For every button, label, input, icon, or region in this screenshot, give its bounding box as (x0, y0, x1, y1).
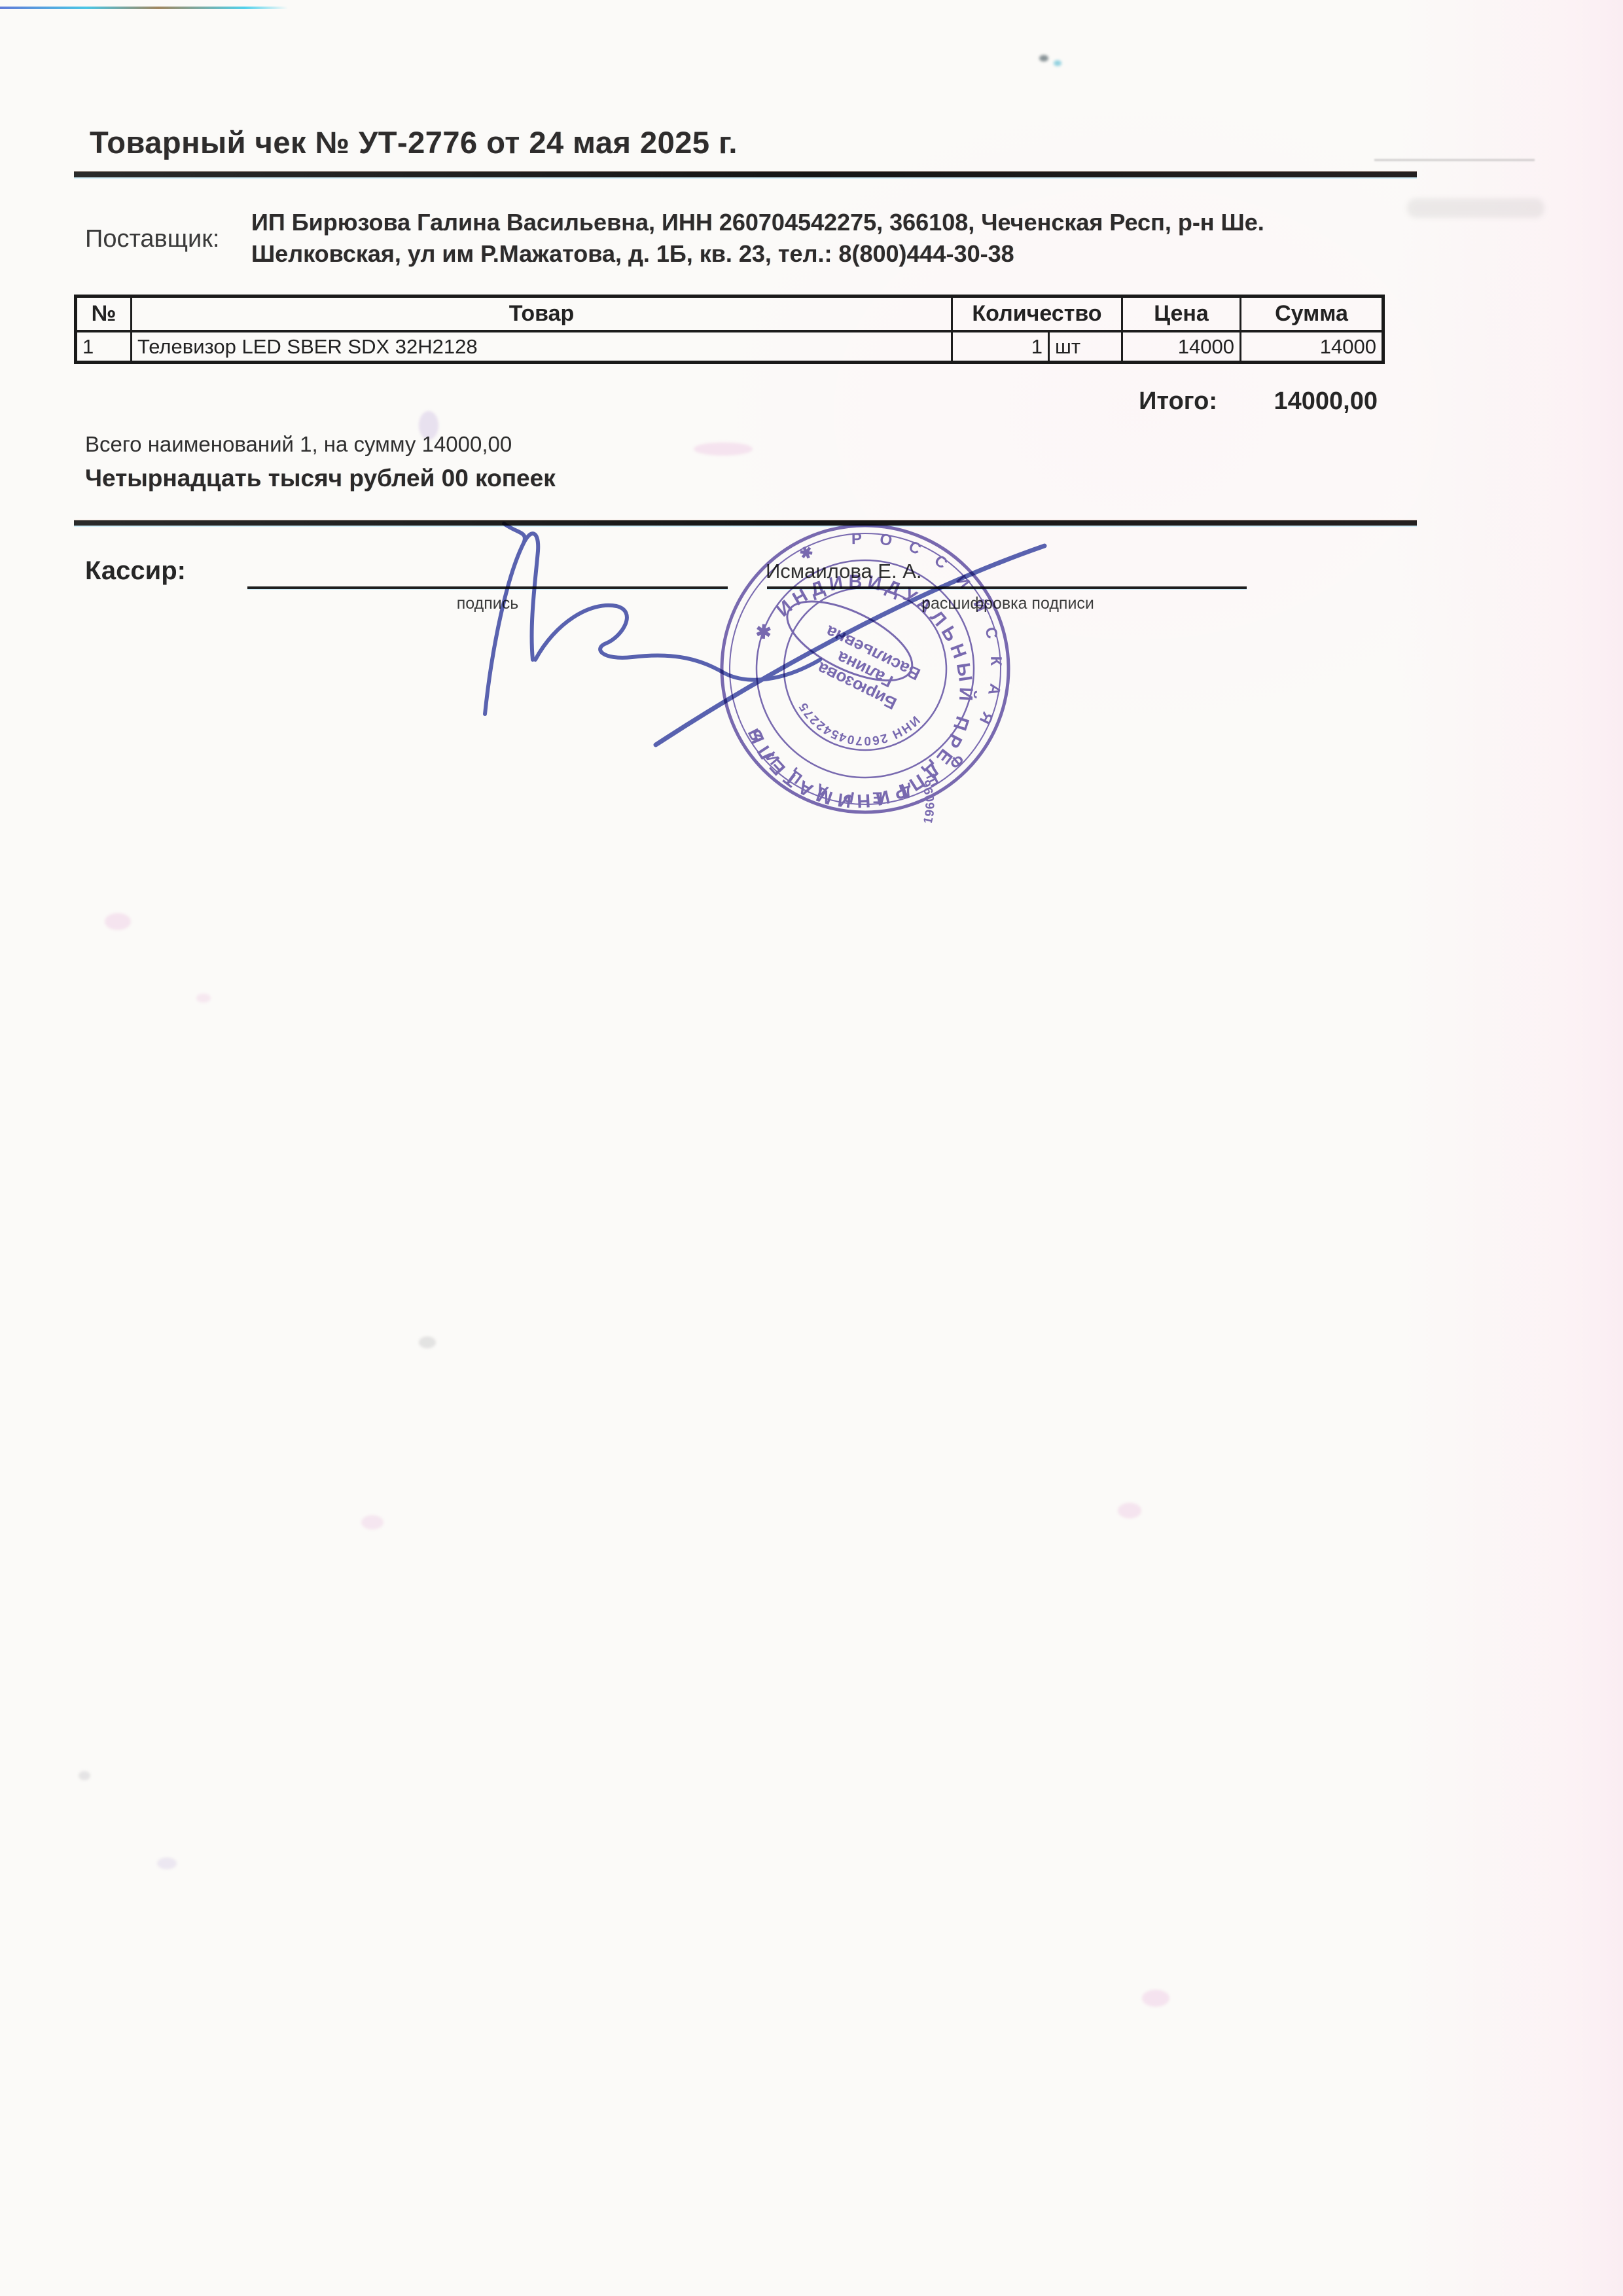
cell-row-num: 1 (76, 331, 132, 363)
col-header-sum: Сумма (1241, 296, 1383, 332)
items-count-line: Всего наименований 1, на сумму 14000,00 (85, 432, 512, 457)
cell-unit: шт (1049, 331, 1122, 363)
receipt-scan-page: Товарный чек № УТ-2776 от 24 мая 2025 г.… (0, 0, 1623, 2296)
scan-speck (1039, 55, 1048, 62)
scan-speck (1118, 1503, 1141, 1518)
scan-speck (419, 1336, 436, 1348)
col-header-item: Товар (132, 296, 952, 332)
scan-speck (1142, 1990, 1169, 2007)
cell-sum: 14000 (1241, 331, 1383, 363)
total-value: 14000,00 (1219, 387, 1378, 416)
col-header-num: № (76, 296, 132, 332)
scan-speck (196, 994, 211, 1003)
amount-in-words: Четырнадцать тысяч рублей 00 копеек (85, 465, 556, 492)
cell-qty: 1 (952, 331, 1049, 363)
receipt-title: Товарный чек № УТ-2776 от 24 мая 2025 г. (90, 124, 738, 160)
scan-edge-artifact (0, 7, 288, 9)
col-header-qty: Количество (952, 296, 1122, 332)
supplier-label: Поставщик: (85, 225, 219, 253)
scan-speck (79, 1771, 90, 1780)
total-label: Итого: (1106, 387, 1217, 416)
supplier-details: ИП Бирюзова Галина Васильевна, ИНН 26070… (251, 207, 1442, 270)
table-row: 1 Телевизор LED SBER SDX 32H2128 1 шт 14… (76, 331, 1383, 363)
goods-table-header-row: № Товар Количество Цена Сумма (76, 296, 1383, 332)
goods-table: № Товар Количество Цена Сумма 1 Телевизо… (74, 295, 1385, 364)
signature-stroke-spike (485, 524, 538, 714)
cashier-label: Кассир: (85, 556, 186, 586)
title-rule (74, 171, 1417, 177)
supplier-line-2: Шелковская, ул им Р.Мажатова, д. 1Б, кв.… (251, 238, 1442, 270)
cell-price: 14000 (1122, 331, 1241, 363)
cell-item-name: Телевизор LED SBER SDX 32H2128 (132, 331, 952, 363)
scan-speck (1054, 60, 1061, 66)
scan-ghost-line (1374, 159, 1535, 161)
handwritten-signature (445, 504, 1086, 792)
scan-speck (361, 1515, 383, 1530)
scan-speck (157, 1857, 177, 1869)
scan-speck (694, 442, 753, 456)
col-header-price: Цена (1122, 296, 1241, 332)
supplier-line-1: ИП Бирюзова Галина Васильевна, ИНН 26070… (251, 207, 1442, 238)
signature-stroke-flourish (656, 546, 1044, 745)
scan-speck (105, 913, 131, 930)
